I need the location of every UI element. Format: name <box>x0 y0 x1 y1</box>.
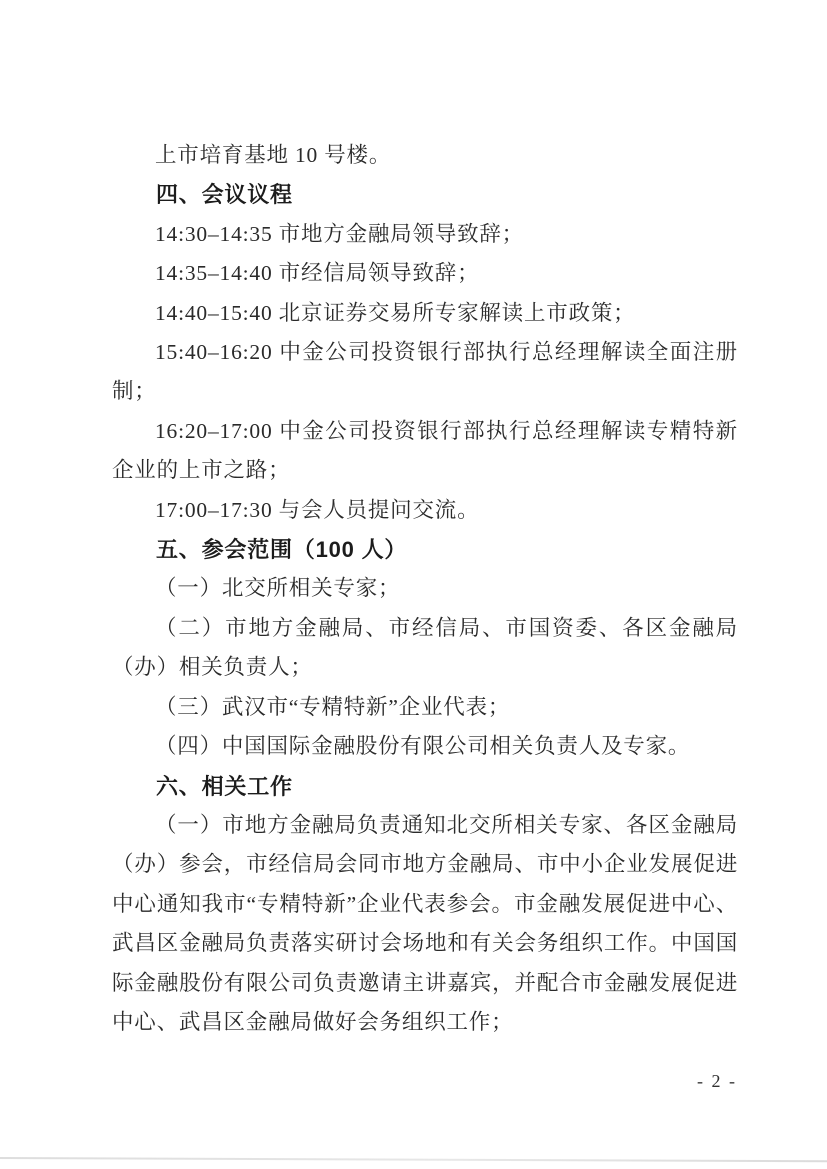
section-heading-agenda: 四、会议议程 <box>112 175 738 214</box>
document-body: 上市培育基地 10 号楼。 四、会议议程 14:30–14:35 市地方金融局领… <box>112 136 738 1042</box>
agenda-item-1: 14:30–14:35 市地方金融局领导致辞； <box>112 215 738 254</box>
document-page: 上市培育基地 10 号楼。 四、会议议程 14:30–14:35 市地方金融局领… <box>0 0 827 1169</box>
agenda-item-4: 15:40–16:20 中金公司投资银行部执行总经理解读全面注册制； <box>112 333 738 412</box>
section-heading-related-work: 六、相关工作 <box>112 767 738 806</box>
attendee-item-2: （二）市地方金融局、市经信局、市国资委、各区金融局（办）相关负责人； <box>112 609 738 688</box>
scan-edge-line <box>0 1157 827 1162</box>
agenda-item-6: 17:00–17:30 与会人员提问交流。 <box>112 491 738 530</box>
attendee-item-3: （三）武汉市“专精特新”企业代表； <box>112 688 738 727</box>
page-number: - 2 - <box>697 1070 737 1092</box>
venue-continuation-line: 上市培育基地 10 号楼。 <box>112 136 738 175</box>
agenda-item-5: 16:20–17:00 中金公司投资银行部执行总经理解读专精特新企业的上市之路； <box>112 412 738 491</box>
agenda-item-3: 14:40–15:40 北京证券交易所专家解读上市政策； <box>112 294 738 333</box>
section-heading-attendees: 五、参会范围（100 人） <box>112 530 738 569</box>
attendee-item-1: （一）北交所相关专家； <box>112 569 738 608</box>
attendee-item-4: （四）中国国际金融股份有限公司相关负责人及专家。 <box>112 727 738 766</box>
related-work-item-1: （一）市地方金融局负责通知北交所相关专家、各区金融局（办）参会，市经信局会同市地… <box>112 806 738 1042</box>
agenda-item-2: 14:35–14:40 市经信局领导致辞； <box>112 254 738 293</box>
